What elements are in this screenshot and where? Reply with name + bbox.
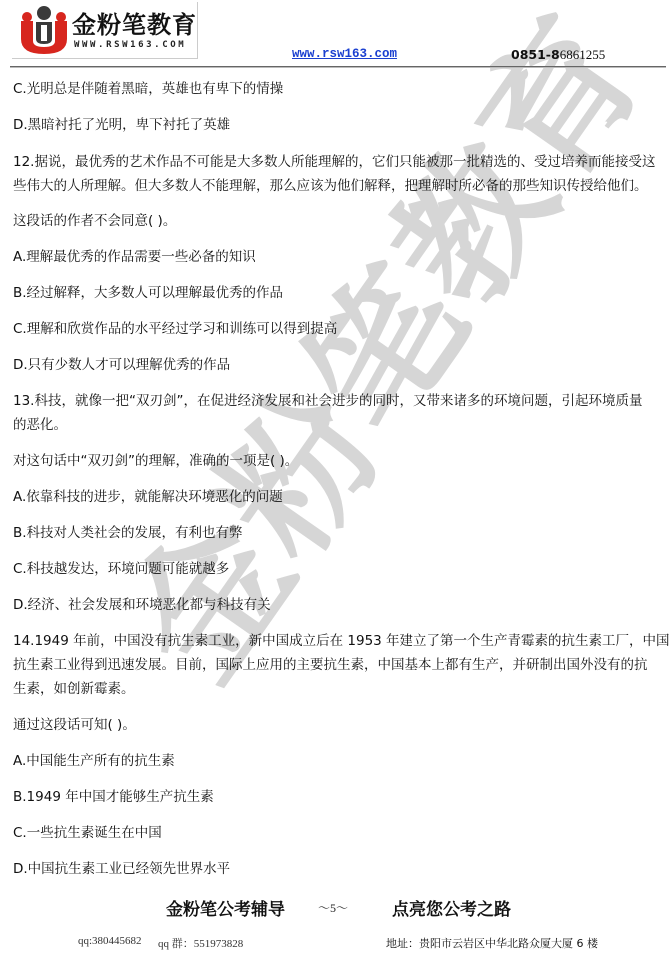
phone-prefix: 0851-8 xyxy=(511,47,560,62)
q13-stem: 对这句话中“双刃剑”的理解，准确的一项是( )。 xyxy=(13,449,663,473)
page-number: ～5～ xyxy=(318,899,348,916)
q12-option-d: D.只有少数人才可以理解优秀的作品 xyxy=(13,353,663,377)
logo-name: 金粉笔教育 xyxy=(72,12,197,38)
q11-option-c: C.光明总是伴随着黑暗，英雄也有卑下的情操 xyxy=(13,77,663,101)
q12-option-c: C.理解和欣赏作品的水平经过学习和训练可以得到提高 xyxy=(13,317,663,341)
logo-mark-icon xyxy=(18,5,70,55)
q14-stem: 通过这段话可知( )。 xyxy=(13,713,663,737)
q14-option-a: A.中国能生产所有的抗生素 xyxy=(13,749,663,773)
q14-text-line: 生素，如创新霉素。 xyxy=(13,677,665,701)
logo-url: WWW.RSW163.COM xyxy=(74,40,186,50)
q12-text-line: 12.据说，最优秀的艺术作品不可能是大多数人所能理解的，它们只能被那一批精选的、… xyxy=(13,150,665,174)
qq-group-number: 551973828 xyxy=(194,938,244,950)
footer-slogan-left: 金粉笔公考辅导 xyxy=(166,895,285,920)
header-divider xyxy=(10,66,666,68)
footer-slogan-right: 点亮您公考之路 xyxy=(392,895,511,920)
q13-text-line: 的恶化。 xyxy=(13,413,665,437)
q12-stem: 这段话的作者不会同意( )。 xyxy=(13,209,663,233)
site-link[interactable]: www.rsw163.com xyxy=(292,47,397,61)
q13-option-d: D.经济、社会发展和环境恶化都与科技有关 xyxy=(13,593,663,617)
logo: 金粉笔教育 WWW.RSW163.COM xyxy=(12,2,198,59)
qq-group-prefix: qq xyxy=(158,938,169,950)
q14-text-line: 抗生素工业得到迅速发展。目前，国际上应用的主要抗生素，中国基本上都有生产，并研制… xyxy=(13,653,665,677)
footer-qq-group: qq 群：551973828 xyxy=(158,935,243,951)
q12-option-a: A.理解最优秀的作品需要一些必备的知识 xyxy=(13,245,663,269)
q13-option-b: B.科技对人类社会的发展，有利也有弊 xyxy=(13,521,663,545)
q14-text: 14.1949 年前，中国没有抗生素工业，新中国成立后在 1953 年建立了第一… xyxy=(13,629,665,701)
q12-option-b: B.经过解释，大多数人可以理解最优秀的作品 xyxy=(13,281,663,305)
page-header: 金粉笔教育 WWW.RSW163.COM www.rsw163.com 0851… xyxy=(0,0,672,70)
q14-option-d: D.中国抗生素工业已经领先世界水平 xyxy=(13,857,663,881)
q12-text: 12.据说，最优秀的艺术作品不可能是大多数人所能理解的，它们只能被那一批精选的、… xyxy=(13,150,665,198)
q13-text-line: 13.科技，就像一把“双刃剑”，在促进经济发展和社会进步的同时，又带来诸多的环境… xyxy=(13,389,665,413)
q13-option-c: C.科技越发达，环境问题可能就越多 xyxy=(13,557,663,581)
phone-rest: 6861255 xyxy=(560,47,606,62)
q12-text-line: 些伟大的人所理解。但大多数人不能理解，那么应该为他们解释，把理解时所必备的那些知… xyxy=(13,174,665,198)
q11-option-d: D.黑暗衬托了光明，卑下衬托了英雄 xyxy=(13,113,663,137)
q14-option-b: B.1949 年中国才能够生产抗生素 xyxy=(13,785,663,809)
q13-text: 13.科技，就像一把“双刃剑”，在促进经济发展和社会进步的同时，又带来诸多的环境… xyxy=(13,389,665,437)
footer-address: 地址：贵阳市云岩区中华北路众厦大厦 6 楼 xyxy=(386,935,598,951)
q14-option-c: C.一些抗生素诞生在中国 xyxy=(13,821,663,845)
q13-option-a: A.依靠科技的进步，就能解决环境恶化的问题 xyxy=(13,485,663,509)
qq-group-label: 群： xyxy=(172,937,194,950)
footer-qq: qq:380445682 xyxy=(78,935,142,947)
phone-number: 0851-86861255 xyxy=(511,47,605,63)
q14-text-line: 14.1949 年前，中国没有抗生素工业，新中国成立后在 1953 年建立了第一… xyxy=(13,629,665,653)
